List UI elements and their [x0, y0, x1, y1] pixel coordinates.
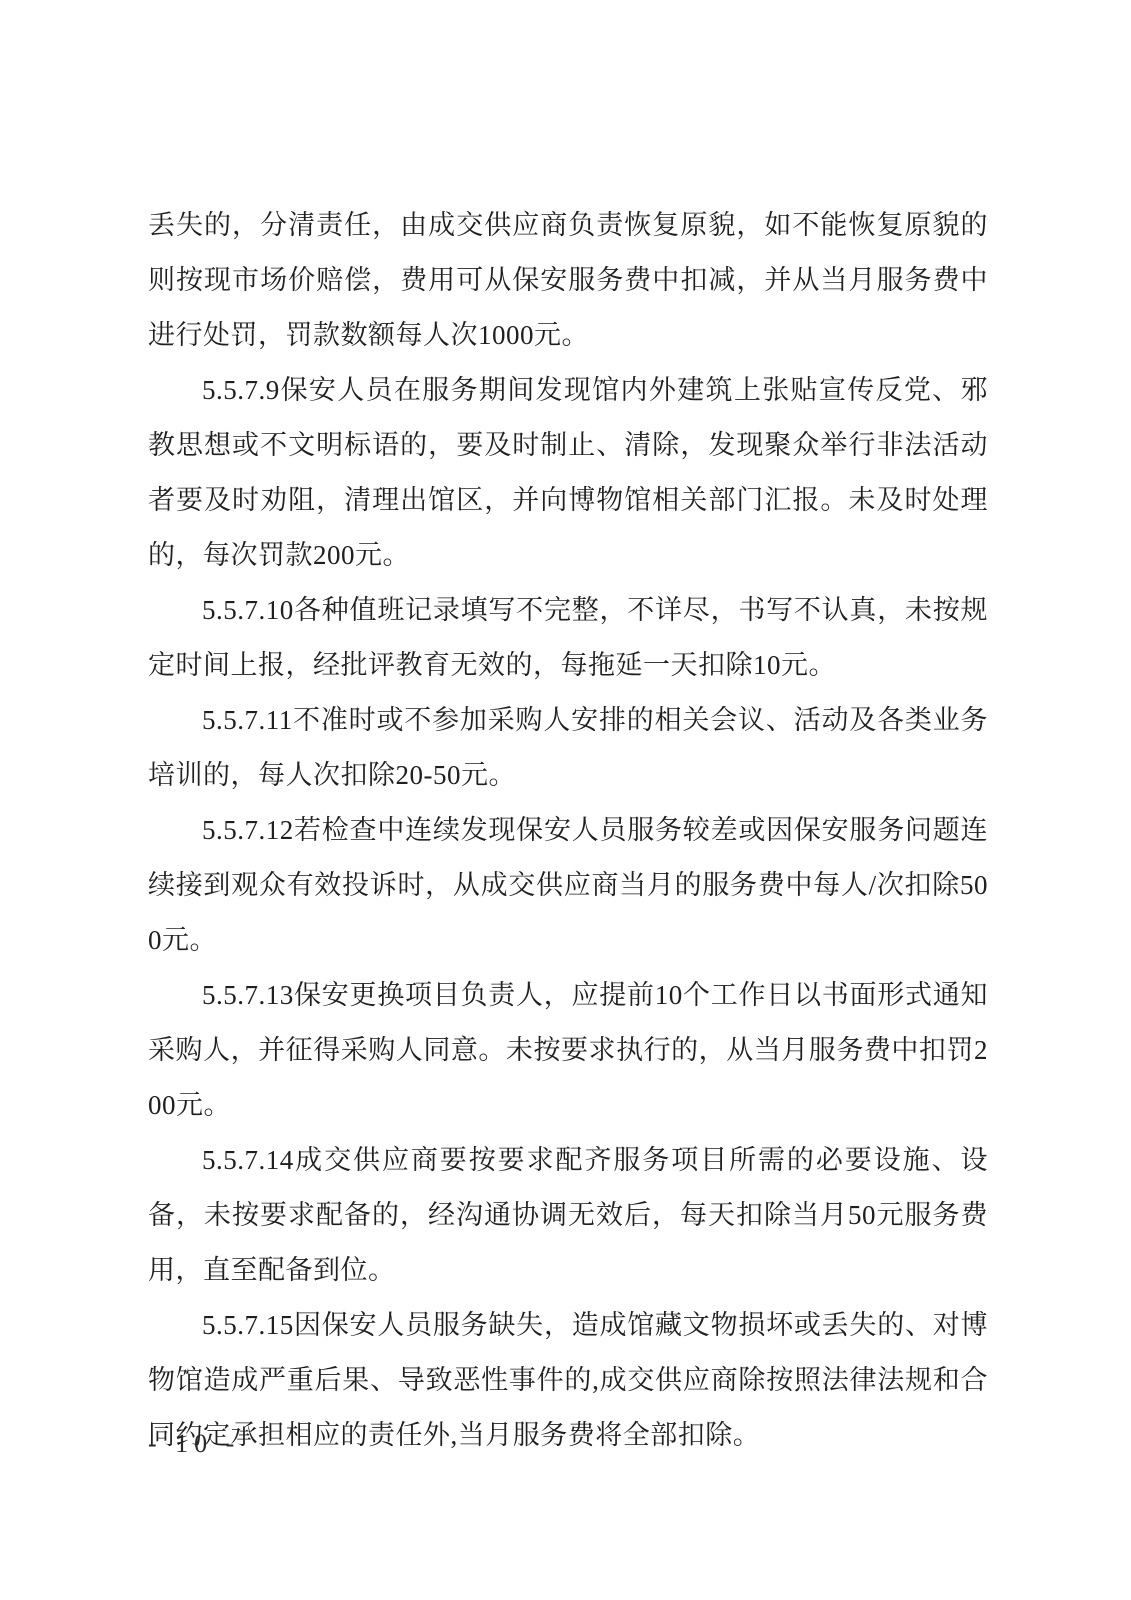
- document-body: 丢失的，分清责任，由成交供应商负责恢复原貌，如不能恢复原貌的则按现市场价赔偿，费…: [148, 198, 988, 1463]
- document-page: 丢失的，分清责任，由成交供应商负责恢复原貌，如不能恢复原貌的则按现市场价赔偿，费…: [0, 0, 1131, 1600]
- clause-5-5-7-13-paragraph: 5.5.7.13保安更换项目负责人，应提前10个工作日以书面形式通知采购人，并征…: [148, 968, 988, 1133]
- clause-5-5-7-14-paragraph: 5.5.7.14成交供应商要按要求配齐服务项目所需的必要设施、设备，未按要求配备…: [148, 1133, 988, 1298]
- clause-5-5-7-12-paragraph: 5.5.7.12若检查中连续发现保安人员服务较差或因保安服务问题连续接到观众有效…: [148, 803, 988, 968]
- clause-5-5-7-15-paragraph: 5.5.7.15因保安人员服务缺失，造成馆藏文物损坏或丢失的、对博物馆造成严重后…: [148, 1298, 988, 1463]
- page-number: - 10 -: [148, 1428, 240, 1460]
- clause-5-5-7-10-paragraph: 5.5.7.10各种值班记录填写不完整，不详尽，书写不认真，未按规定时间上报，经…: [148, 583, 988, 693]
- clause-5-5-7-11-paragraph: 5.5.7.11不准时或不参加采购人安排的相关会议、活动及各类业务培训的，每人次…: [148, 693, 988, 803]
- clause-continuation-paragraph: 丢失的，分清责任，由成交供应商负责恢复原貌，如不能恢复原貌的则按现市场价赔偿，费…: [148, 198, 988, 363]
- clause-5-5-7-9-paragraph: 5.5.7.9保安人员在服务期间发现馆内外建筑上张贴宣传反党、邪教思想或不文明标…: [148, 363, 988, 583]
